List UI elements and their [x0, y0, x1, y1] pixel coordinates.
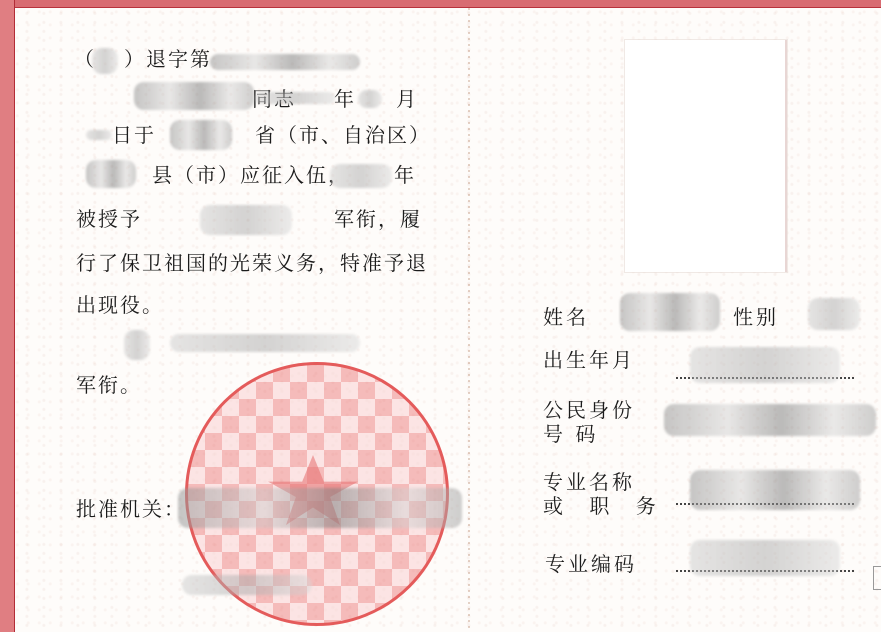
rank-label: 军衔，履 — [334, 206, 422, 232]
redacted-enlist-year — [255, 92, 335, 104]
certificate-frame-left — [0, 0, 15, 632]
province-label: 省（市、自治区） — [255, 122, 431, 148]
granted-label: 被授予 — [76, 206, 142, 232]
field-id-label: 公民身份 — [543, 398, 635, 422]
photo-placeholder — [625, 40, 787, 272]
redacted-county — [86, 160, 136, 188]
duty-text: 行了保卫祖国的光荣义务，特准予退 — [76, 250, 428, 276]
field-id-value — [664, 404, 876, 436]
field-name-label: 姓名 — [543, 305, 589, 329]
redacted-rank — [200, 205, 292, 235]
county-label: 县（市）应征入伍， — [152, 162, 350, 188]
redacted-month — [358, 90, 382, 108]
redacted-retained-rank — [170, 334, 360, 352]
month-label: 月 — [396, 86, 418, 112]
field-id-label-2-text: 号 码 — [543, 422, 598, 446]
field-birth-label: 出生年月 — [543, 348, 635, 372]
redacted-enlist-year-2 — [330, 164, 392, 188]
field-name-value — [620, 293, 720, 331]
discharge-text: 出现役。 — [76, 292, 164, 318]
redacted-day — [86, 130, 112, 140]
field-specialty-label: 专业名称 — [543, 470, 635, 494]
year-label-2: 年 — [394, 162, 416, 188]
redacted-prefix — [92, 48, 118, 74]
field-gender-label: 性别 — [733, 305, 779, 329]
field-code-label: 专业编码 — [545, 552, 637, 576]
field-birth-value — [690, 347, 840, 383]
field-specialty-value — [690, 470, 860, 510]
day-label: 日于 — [112, 122, 156, 148]
year-label: 年 — [334, 86, 356, 112]
page-fold-line — [468, 8, 470, 632]
field-code-value — [690, 540, 840, 576]
certificate-number-label: ）退字第 — [124, 46, 212, 72]
redacted-approval-date — [182, 575, 312, 595]
redacted-approver-authority — [178, 488, 462, 528]
approver-label: 批准机关： — [76, 496, 186, 522]
page-edge-mark — [873, 566, 881, 590]
field-gender-value — [808, 298, 860, 330]
field-specialty-label-2: 或 职 务 — [543, 494, 666, 518]
certificate-frame-top — [0, 0, 881, 8]
redacted-name — [134, 82, 254, 110]
redacted-certificate-number — [210, 54, 360, 70]
redacted-province — [170, 120, 232, 150]
field-id-label-2: 号 码 — [543, 422, 598, 446]
rank-label-end: 军衔。 — [76, 372, 142, 398]
redacted-retained-rank-prefix — [124, 330, 150, 360]
